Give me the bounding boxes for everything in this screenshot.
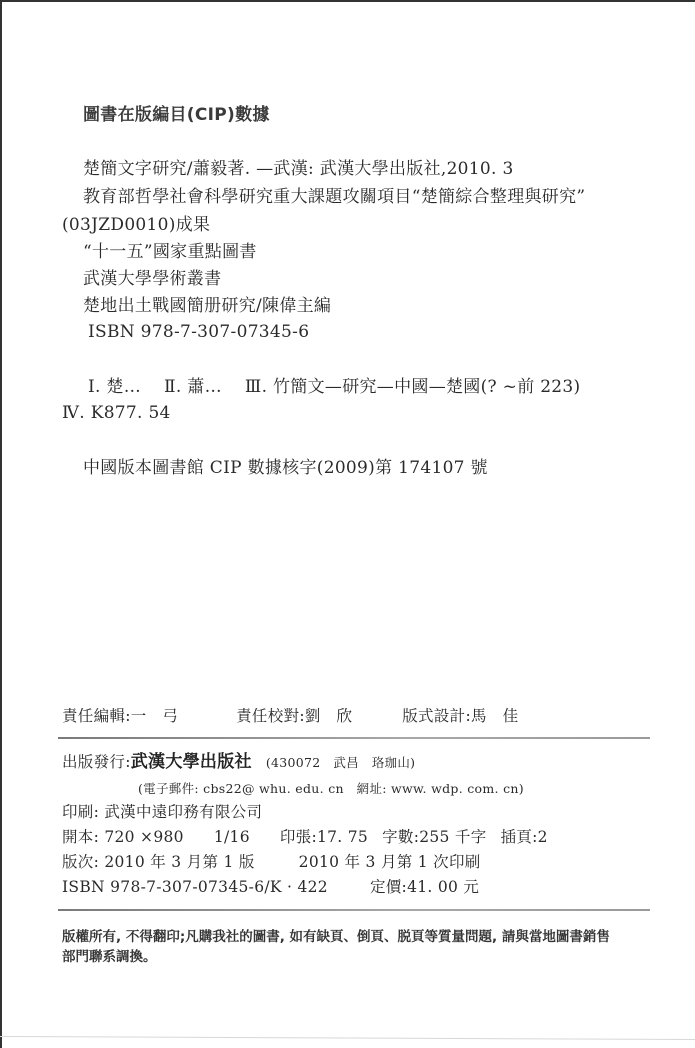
edition-row: 版次: 2010 年 3 月第 1 版2010 年 3 月第 1 次印刷	[62, 851, 481, 873]
publisher-address: (430072 武昌 珞珈山)	[266, 755, 415, 770]
credit-editor: 責任編輯:一 弓	[62, 705, 178, 727]
price: 定價:41. 00 元	[370, 878, 479, 896]
copyright-notice-line1: 版權所有, 不得翻印;凡購我社的圖書, 如有缺頁、倒頁、脱頁等質量問題, 請與當…	[62, 926, 610, 948]
credits-row: 責任編輯:一 弓責任校對:劉 欣版式設計:馬 佳	[62, 705, 518, 727]
cip-title: 圖書在版編目(CIP)數據	[83, 104, 270, 126]
divider-lower	[58, 909, 650, 911]
printed-sheets: 印張:17. 75	[280, 828, 368, 846]
printing: 2010 年 3 月第 1 次印刷	[299, 853, 481, 871]
isbn-price-row: ISBN 978-7-307-07345-6/K · 422定價:41. 00 …	[62, 876, 479, 898]
cip-line-project-code: (03JZD0010)成果	[62, 214, 210, 236]
credit-proofreader: 責任校對:劉 欣	[236, 705, 352, 727]
cip-line-subseries: 楚地出土戰國簡册研究/陳偉主編	[83, 295, 331, 317]
publisher-name: 武漢大學出版社	[131, 752, 252, 772]
publisher-label: 出版發行:	[62, 753, 131, 771]
credit-layout-designer: 版式設計:馬 佳	[402, 705, 518, 727]
page-edge-top	[0, 0, 695, 2]
cip-classification-line1: Ⅰ. 楚… Ⅱ. 蕭… Ⅲ. 竹簡文—研究—中國—楚國(? ~前 223)	[88, 376, 580, 398]
isbn-full: ISBN 978-7-307-07345-6/K · 422	[62, 878, 328, 896]
inserts: 插頁:2	[501, 828, 548, 846]
publisher-contact: (電子郵件: cbs22@ whu. edu. cn 網址: www. wdp.…	[138, 778, 524, 800]
cip-line-national-key: “十一五”國家重點圖書	[83, 241, 257, 263]
cip-line-isbn: ISBN 978-7-307-07345-6	[88, 321, 309, 343]
cip-line-series: 武漢大學學術叢書	[83, 268, 221, 290]
cip-line-project: 教育部哲學社會科學研究重大課題攻關項目“楚簡綜合整理與研究”	[83, 186, 585, 208]
format-row: 開本: 720 ×9801/16印張:17. 75字數:255 千字插頁:2	[62, 826, 548, 848]
format-size: 開本: 720 ×980	[62, 828, 184, 846]
divider-upper	[58, 737, 650, 739]
word-count: 字數:255 千字	[382, 828, 486, 846]
printer: 印刷: 武漢中遠印務有限公司	[62, 801, 262, 823]
edition: 版次: 2010 年 3 月第 1 版	[62, 853, 255, 871]
page-edge-bottom	[0, 1036, 695, 1040]
copyright-notice-line2: 部門聯系調換。	[62, 946, 157, 968]
cip-line-title-author: 楚簡文字研究/蕭毅著. —武漢: 武漢大學出版社,2010. 3	[83, 158, 514, 180]
page-edge-left	[0, 0, 2, 1048]
cip-classification-line2: Ⅳ. K877. 54	[62, 402, 171, 424]
format-fraction: 1/16	[214, 828, 250, 846]
cip-library-record: 中國版本圖書館 CIP 數據核字(2009)第 174107 號	[83, 457, 488, 479]
publisher-row: 出版發行:武漢大學出版社(430072 武昌 珞珈山)	[62, 751, 415, 774]
